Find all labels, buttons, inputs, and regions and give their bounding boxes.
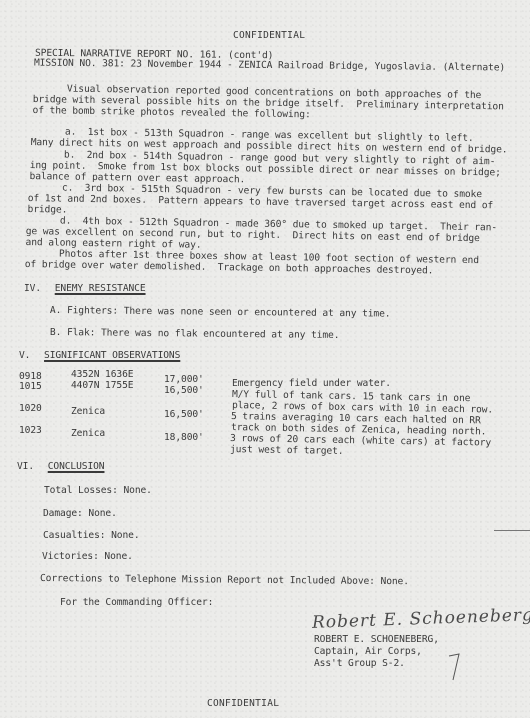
obs-note: Emergency field under water. xyxy=(232,378,391,389)
section-title: CONCLUSION xyxy=(48,461,105,472)
closing-line: For the Commanding Officer: xyxy=(60,597,213,608)
section-v-heading: V. SIGNIFICANT OBSERVATIONS xyxy=(19,350,180,361)
corrections-line: Corrections to Telephone Mission Report … xyxy=(40,573,409,587)
classification-footer: CONFIDENTIAL xyxy=(207,698,279,709)
section-title: SIGNIFICANT OBSERVATIONS xyxy=(44,350,180,361)
document-page: CONFIDENTIAL SPECIAL NARRATIVE REPORT NO… xyxy=(0,0,530,718)
victories-item: Victories: None. xyxy=(42,551,133,562)
obs-time: 1020 xyxy=(19,403,42,414)
obs-time: 1015 xyxy=(19,381,42,392)
obs-altitude: 16,500' xyxy=(164,409,204,420)
classification-header: CONFIDENTIAL xyxy=(233,30,305,41)
signer-rank: Captain, Air Corps, xyxy=(314,646,422,657)
section-numeral: VI. xyxy=(17,461,34,472)
total-losses-item: Total Losses: None. xyxy=(44,485,152,496)
obs-location: Zenica xyxy=(71,406,105,417)
obs-location: 4352N 1636E xyxy=(71,369,133,380)
signer-title: Ass't Group S-2. xyxy=(314,658,405,669)
signer-name: ROBERT E. SCHOENEBERG, xyxy=(314,634,439,645)
mission-line: MISSION NO. 381: 23 November 1944 - ZENI… xyxy=(34,58,505,74)
section-iv-heading: IV. ENEMY RESISTANCE xyxy=(24,283,146,294)
section-numeral: IV. xyxy=(24,283,41,294)
obs-note: just west of target. xyxy=(230,444,344,457)
section-vi-heading: VI. CONCLUSION xyxy=(17,461,104,472)
damage-item: Damage: None. xyxy=(43,508,117,519)
flak-item: B. Flak: There was no flak encountered a… xyxy=(50,327,340,341)
obs-altitude: 16,500' xyxy=(164,385,204,396)
fighters-item: A. Fighters: There was none seen or enco… xyxy=(50,305,391,320)
pen-mark-icon xyxy=(445,650,465,684)
stray-mark xyxy=(494,530,530,531)
casualties-item: Casualties: None. xyxy=(43,530,140,541)
handwritten-signature: Robert E. Schoeneberg xyxy=(312,610,530,629)
section-numeral: V. xyxy=(19,350,30,361)
obs-altitude: 18,800' xyxy=(164,432,204,443)
section-title: ENEMY RESISTANCE xyxy=(55,283,146,294)
obs-time: 1023 xyxy=(19,425,42,436)
obs-location: 4407N 1755E xyxy=(71,380,133,391)
obs-altitude: 17,000' xyxy=(164,374,204,385)
intro-paragraph: Visual observation reported good concent… xyxy=(32,83,504,123)
obs-location: Zenica xyxy=(71,428,105,439)
